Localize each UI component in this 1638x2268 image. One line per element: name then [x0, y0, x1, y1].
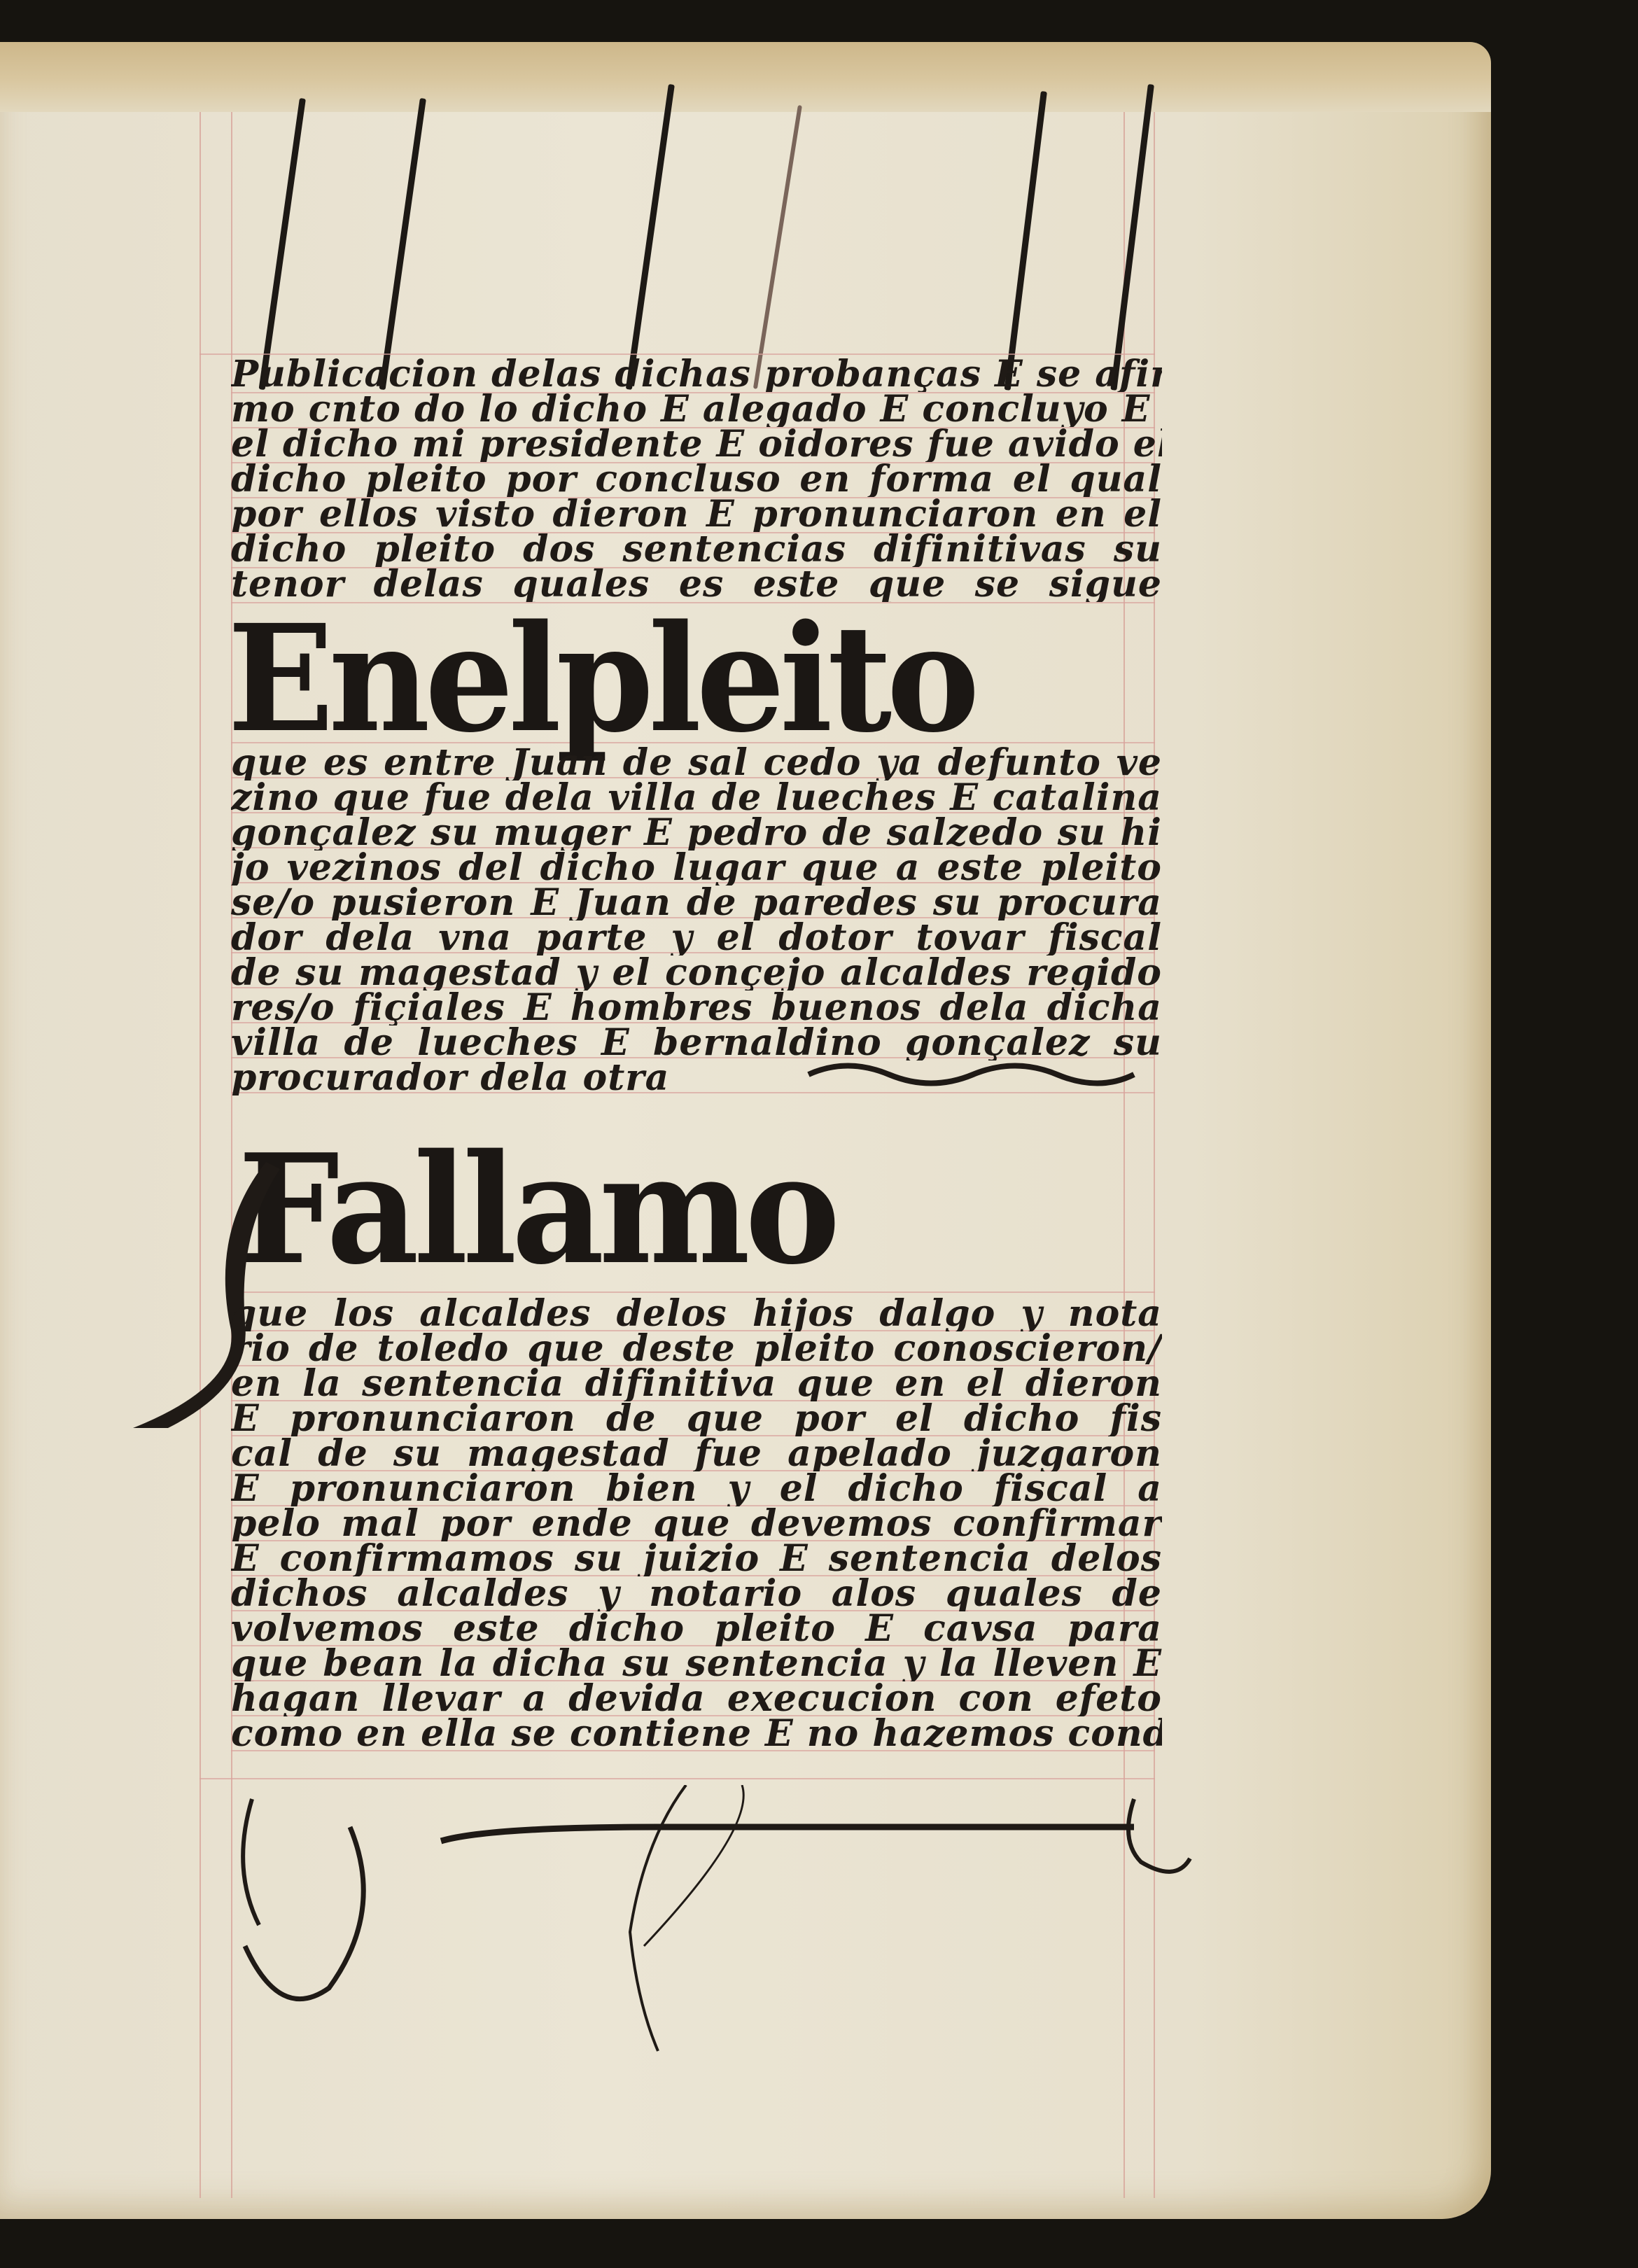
text-line: res/o fiçiales E hombres buenos dela dic…	[231, 990, 1162, 1025]
paragraph-que-es-entre: que es entre Juan de sal cedo ya defunto…	[231, 745, 1162, 1095]
pen-stroke	[753, 105, 802, 389]
text-line: que bean la dicha su sentencia y la llev…	[231, 1646, 1162, 1681]
text-line: volvemos este dicho pleito E cavsa para	[231, 1611, 1162, 1646]
text-line: en la sentencia difinitiva que en el die…	[231, 1366, 1162, 1401]
text-line: E pronunciaron bien y el dicho fiscal a	[231, 1471, 1162, 1506]
manuscript-page: Publicacion delas dichas probanças E se …	[0, 42, 1491, 2219]
text-line: de su magestad y el conçejo alcaldes reg…	[231, 955, 1162, 990]
text-line: dor dela vna parte y el dotor tovar fisc…	[231, 920, 1162, 955]
text-line: jo vezinos del dicho lugar que a este pl…	[231, 850, 1162, 885]
line-filler-flourish	[805, 1057, 1141, 1092]
text-line: gonçalez su muger E pedro de salzedo su …	[231, 815, 1162, 850]
text-line: villa de lueches E bernaldino gonçalez s…	[231, 1025, 1162, 1060]
text-line: que los alcaldes delos hijos dalgo y not…	[231, 1296, 1162, 1331]
pen-stroke	[626, 84, 675, 390]
text-line: como en ella se contiene E no hazemos co…	[231, 1716, 1162, 1751]
page-top-edge	[0, 42, 1491, 112]
text-line: zino que fue dela villa de lueches E cat…	[231, 780, 1162, 815]
text-line: cal de su magestad fue apelado juzgaron	[231, 1436, 1162, 1471]
heading-enelpleito: Enelpleito	[227, 605, 974, 745]
text-line: hagan llevar a devida execucion con efet…	[231, 1681, 1162, 1716]
text-line: que es entre Juan de sal cedo ya defunto…	[231, 745, 1162, 780]
pen-stroke	[379, 98, 426, 390]
text-line: dicho pleito por concluso en forma el qu…	[231, 462, 1162, 497]
paragraph-publicacion: Publicacion delas dichas probanças E se …	[231, 357, 1162, 602]
text-line: por ellos visto dieron E pronunciaron en…	[231, 497, 1162, 532]
text-line: dichos alcaldes y notario alos quales de	[231, 1576, 1162, 1611]
text-line: el dicho mi presidente E oidores fue avi…	[231, 427, 1162, 462]
text-line: E pronunciaron de que por el dicho fis	[231, 1401, 1162, 1436]
signature-flourish	[224, 1785, 1239, 2065]
text-line: pelo mal por ende que devemos confirmar	[231, 1506, 1162, 1541]
pen-stroke	[1004, 91, 1047, 391]
text-line: mo cnto do lo dicho E alegado E concluyo…	[231, 392, 1162, 427]
heading-fallamo: Fallamo	[238, 1134, 835, 1288]
text-line: Publicacion delas dichas probanças E se …	[231, 357, 1162, 392]
text-line: dicho pleito dos sentencias difinitivas …	[231, 532, 1162, 567]
pen-stroke	[259, 98, 306, 390]
text-line: E confirmamos su juizio E sentencia delo…	[231, 1541, 1162, 1576]
signature-rubric	[224, 1785, 1239, 2065]
text-line: rio de toledo que deste pleito conoscier…	[231, 1331, 1162, 1366]
pen-stroke	[1110, 84, 1154, 391]
paragraph-que-los-alcaldes: que los alcaldes delos hijos dalgo y not…	[231, 1296, 1162, 1751]
text-line: se/o pusieron E Juan de paredes su procu…	[231, 885, 1162, 920]
